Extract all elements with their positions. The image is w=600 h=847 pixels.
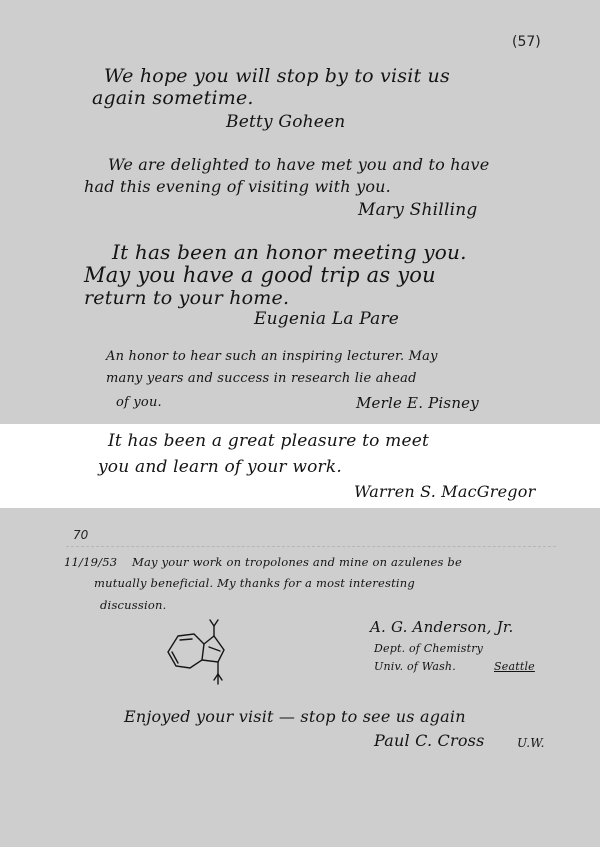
- entry-line: An honor to hear such an inspiring lectu…: [106, 348, 438, 366]
- signature: Warren S. MacGregor: [354, 482, 535, 501]
- entry-line: of you.: [116, 394, 162, 412]
- signature: A. G. Anderson, Jr.: [370, 618, 514, 636]
- entry-line: It has been a great pleasure to meet: [108, 432, 429, 451]
- entry-line: We hope you will stop by to visit us: [104, 66, 450, 86]
- entry-line: discussion.: [100, 596, 166, 614]
- entry-line: May your work on tropolones and mine on …: [132, 553, 462, 571]
- entry-line: return to your home.: [84, 288, 289, 308]
- entry-date: 11/19/53: [64, 553, 117, 571]
- signature: Merle E. Pisney: [356, 394, 479, 412]
- signature-affiliation: U.W.: [517, 734, 545, 752]
- entry-line: many years and success in research lie a…: [106, 370, 417, 388]
- signature: Paul C. Cross: [374, 731, 484, 750]
- entry-line: mutually beneficial. My thanks for a mos…: [94, 574, 415, 592]
- entry-line: had this evening of visiting with you.: [84, 177, 391, 196]
- azulene-molecule-drawing: [160, 614, 250, 690]
- page-number: (57): [512, 34, 541, 50]
- entry-line: you and learn of your work.: [98, 458, 342, 477]
- ruled-divider: [66, 546, 556, 547]
- affiliation-city: Seattle: [494, 658, 535, 676]
- entry-line: again sometime.: [92, 88, 254, 108]
- entry-line: May you have a good trip as you: [84, 265, 436, 285]
- entry-line: It has been an honor meeting you.: [112, 242, 467, 262]
- signature: Eugenia La Pare: [254, 309, 399, 329]
- entry-line: Enjoyed your visit — stop to see us agai…: [124, 707, 466, 726]
- affiliation-line: Univ. of Wash.: [374, 658, 456, 676]
- lower-page-number: 70: [73, 528, 88, 542]
- signature: Mary Shilling: [358, 200, 477, 220]
- entry-line: We are delighted to have met you and to …: [108, 155, 489, 174]
- signature: Betty Goheen: [226, 112, 345, 132]
- affiliation-line: Dept. of Chemistry: [374, 640, 483, 658]
